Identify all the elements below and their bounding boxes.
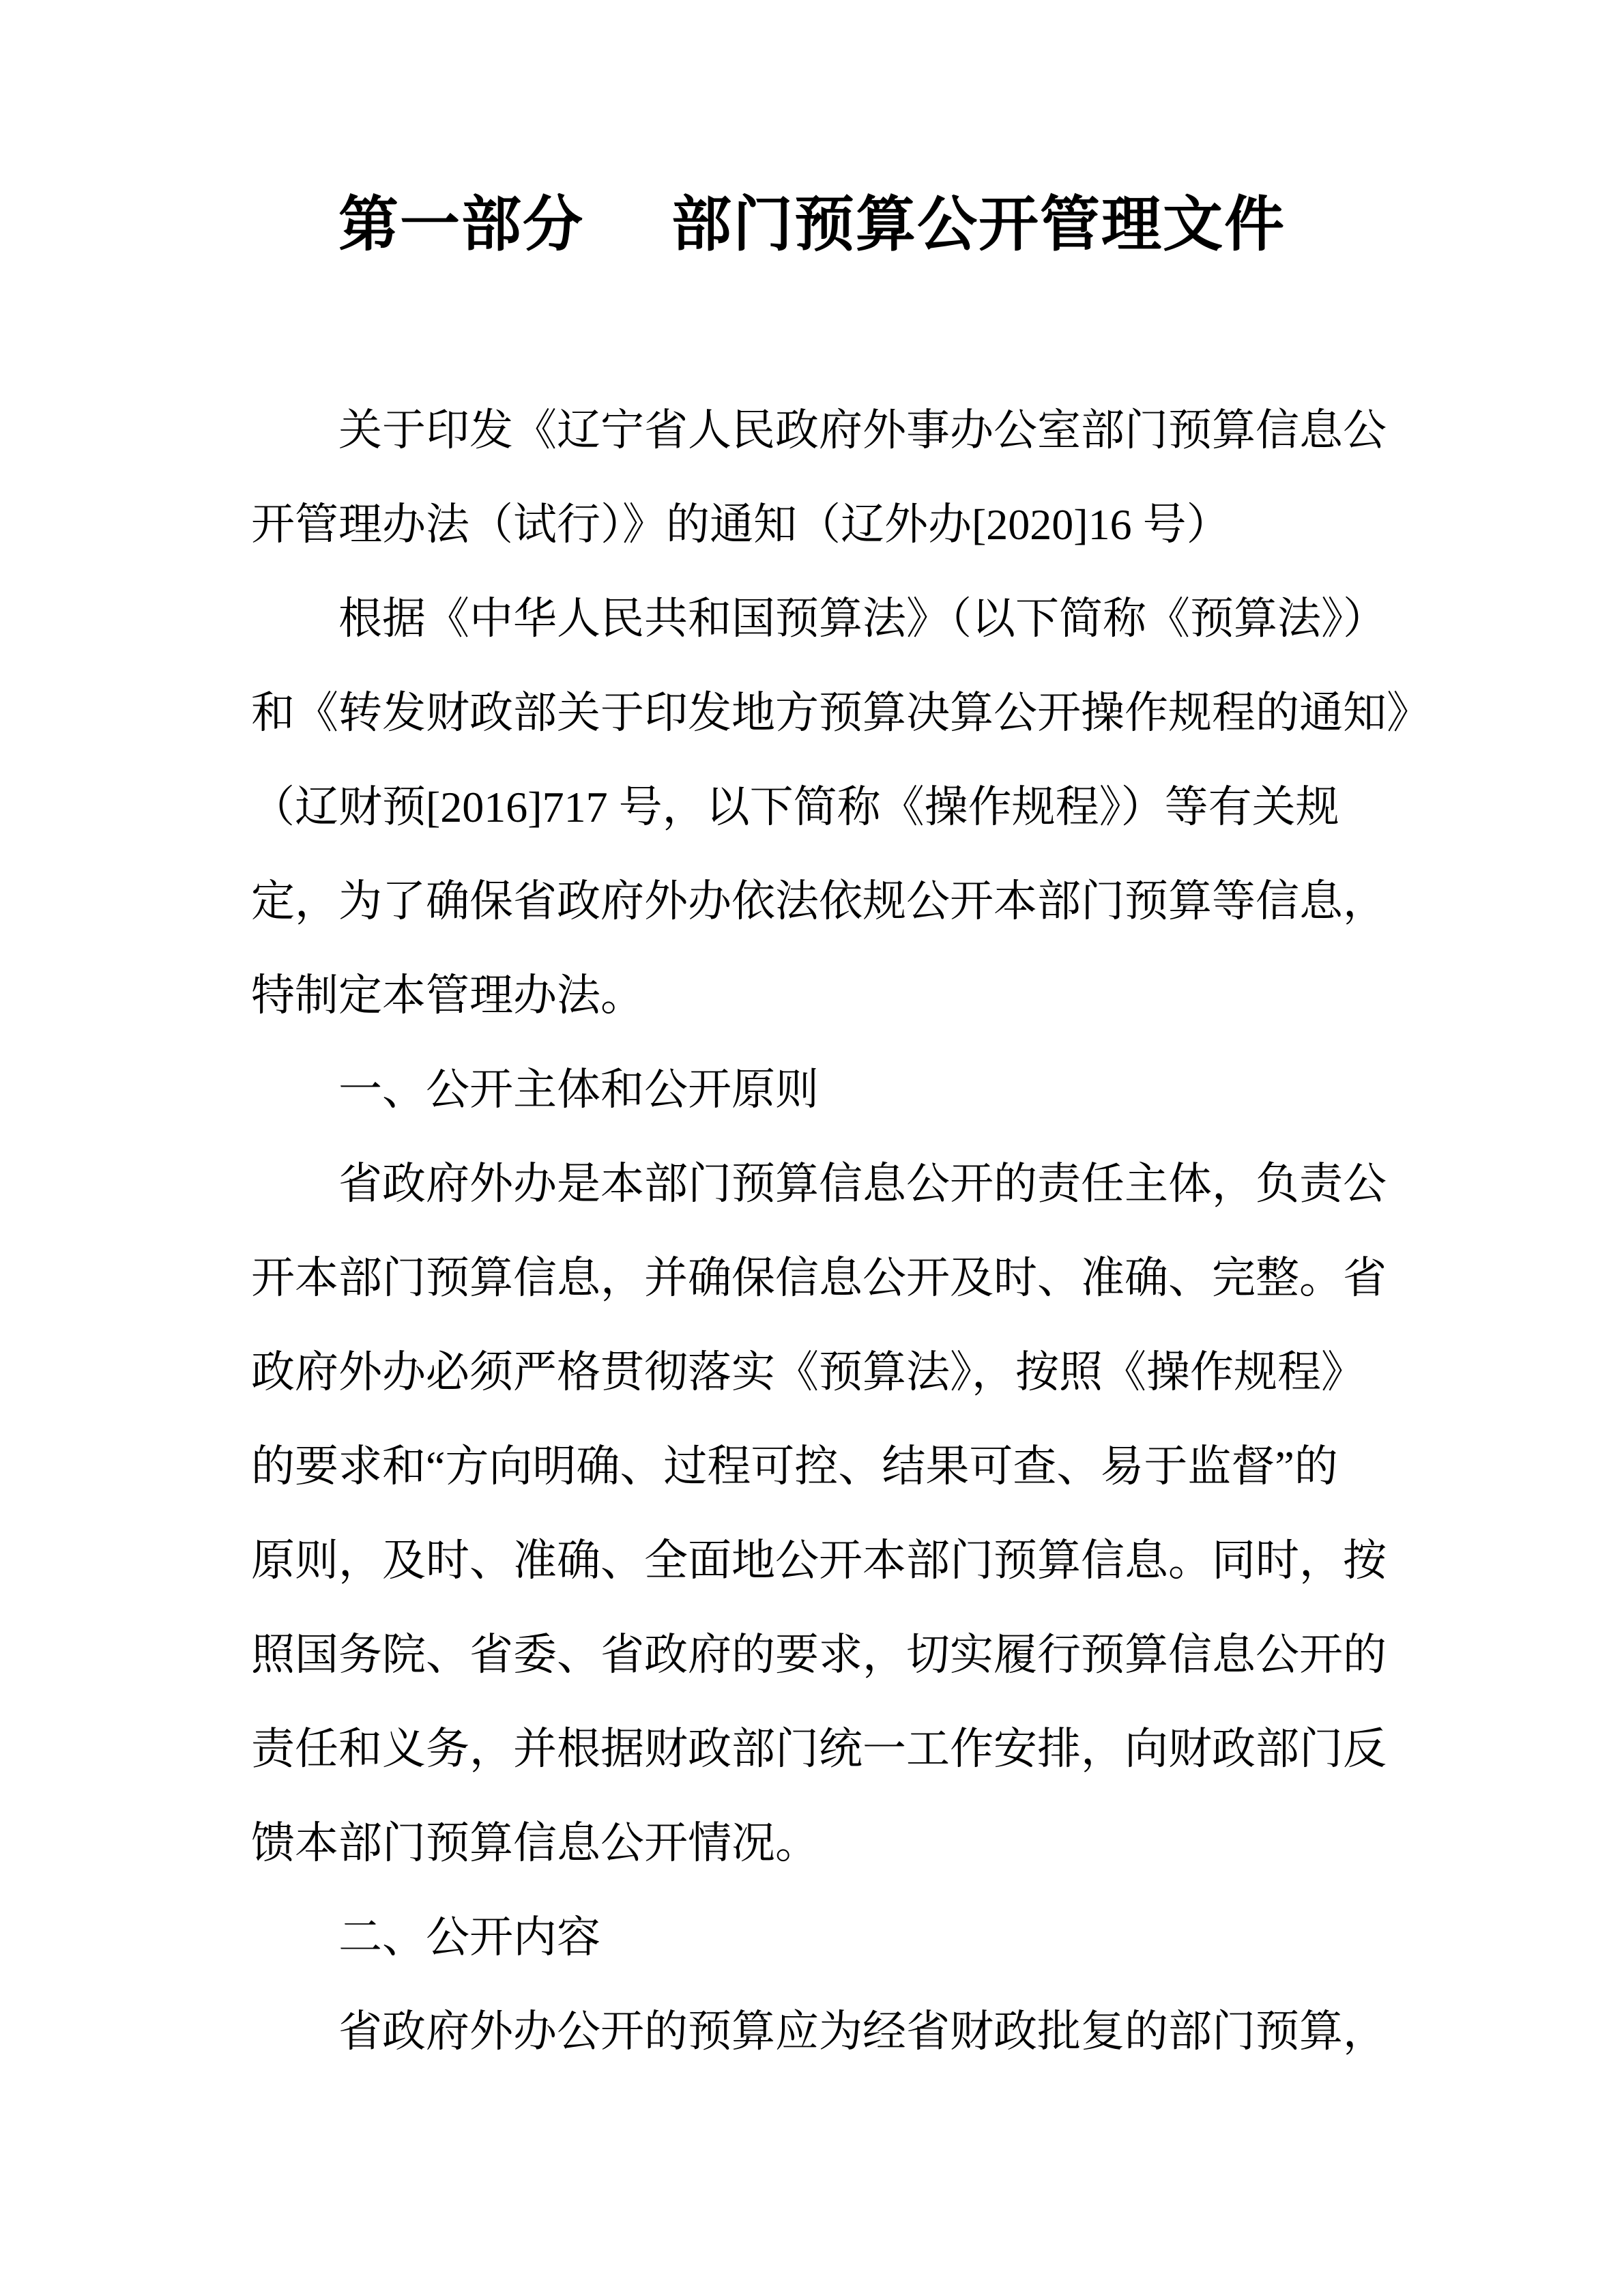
section-1-heading: 一、公开主体和公开原则 [251, 1043, 1392, 1137]
document-body: 关于印发《辽宁省人民政府外事办公室部门预算信息公开管理办法（试行）》的通知（辽外… [251, 384, 1392, 2079]
paragraph-line: 的要求和“方向明确、过程可控、结果可查、易于监督”的 [251, 1420, 1392, 1514]
section-2-body-paragraph: 省政府外办公开的预算应为经省财政批复的部门预算， [251, 1985, 1392, 2079]
paragraph-line: 馈本部门预算信息公开情况。 [251, 1796, 1392, 1891]
paragraph-line: 责任和义务，并根据财政部门统一工作安排，向财政部门反 [251, 1702, 1392, 1796]
document-page: 第一部分部门预算公开管理文件 关于印发《辽宁省人民政府外事办公室部门预算信息公开… [0, 0, 1624, 2296]
section-2-heading: 二、公开内容 [251, 1891, 1392, 1985]
page-title-part2: 部门预算公开管理文件 [671, 192, 1286, 259]
paragraph-line: 原则，及时、准确、全面地公开本部门预算信息。同时，按 [251, 1514, 1392, 1608]
paragraph-line: 开管理办法（试行）》的通知（辽外办[2020]16 号） [251, 478, 1392, 572]
heading-line: 二、公开内容 [251, 1891, 1392, 1985]
section-1-body-paragraph: 省政府外办是本部门预算信息公开的责任主体，负责公开本部门预算信息，并确保信息公开… [251, 1137, 1392, 1891]
paragraph-line: 开本部门预算信息，并确保信息公开及时、准确、完整。省 [251, 1231, 1392, 1325]
page-title-part1: 第一部分 [338, 192, 584, 259]
basis-paragraph: 根据《中华人民共和国预算法》（以下简称《预算法》）和《转发财政部关于印发地方预算… [251, 572, 1392, 1043]
paragraph-line: 和《转发财政部关于印发地方预算决算公开操作规程的通知》 [251, 666, 1392, 760]
paragraph-line: 省政府外办是本部门预算信息公开的责任主体，负责公 [251, 1137, 1392, 1231]
paragraph-line: 特制定本管理办法。 [251, 949, 1392, 1043]
paragraph-line: 政府外办必须严格贯彻落实《预算法》，按照《操作规程》 [251, 1325, 1392, 1420]
paragraph-line: 照国务院、省委、省政府的要求，切实履行预算信息公开的 [251, 1608, 1392, 1702]
paragraph-line: 根据《中华人民共和国预算法》（以下简称《预算法》） [251, 572, 1392, 666]
paragraph-line: 省政府外办公开的预算应为经省财政批复的部门预算， [251, 1985, 1392, 2079]
paragraph-line: 关于印发《辽宁省人民政府外事办公室部门预算信息公 [251, 384, 1392, 478]
paragraph-line: （辽财预[2016]717 号，以下简称《操作规程》）等有关规 [251, 760, 1392, 855]
page-title: 第一部分部门预算公开管理文件 [0, 186, 1624, 267]
notice-title-paragraph: 关于印发《辽宁省人民政府外事办公室部门预算信息公开管理办法（试行）》的通知（辽外… [251, 384, 1392, 572]
paragraph-line: 定，为了确保省政府外办依法依规公开本部门预算等信息， [251, 855, 1392, 949]
heading-line: 一、公开主体和公开原则 [251, 1043, 1392, 1137]
